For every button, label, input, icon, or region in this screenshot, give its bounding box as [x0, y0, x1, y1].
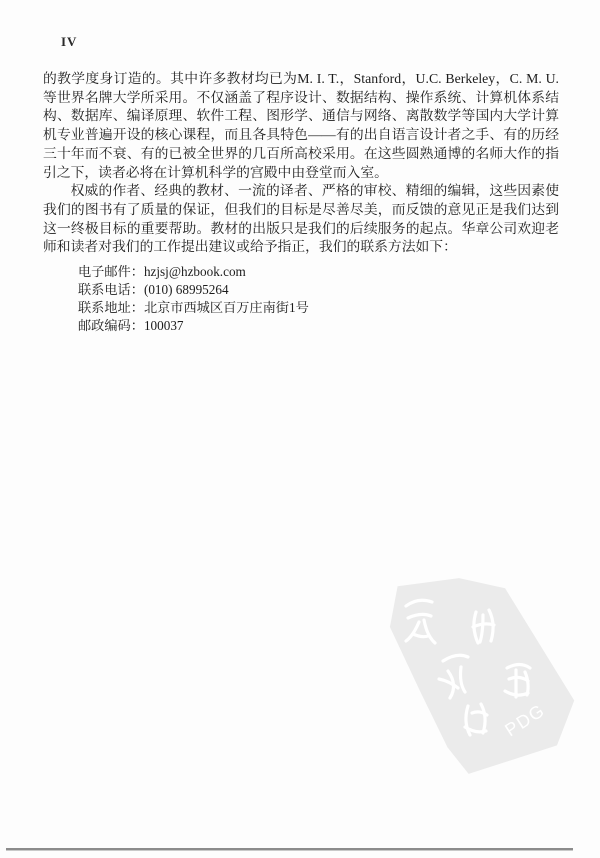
contact-phone-row: 联系电话：(010) 68995264 — [78, 281, 309, 299]
contact-address-label: 联系地址： — [78, 300, 144, 315]
contact-email-value: hzjsj@hzbook.com — [144, 264, 246, 279]
contact-email-row: 电子邮件：hzjsj@hzbook.com — [78, 263, 309, 281]
pdg-watermark-stamp: PDG — [388, 574, 580, 778]
paragraph-continuation: 的教学度身订造的。其中许多教材均已为M. I. T.，Stanford，U.C.… — [43, 70, 559, 182]
contact-postcode-value: 100037 — [144, 318, 184, 333]
contact-email-label: 电子邮件： — [78, 264, 144, 279]
paragraph-publisher-note: 权威的作者、经典的教材、一流的译者、严格的审校、精细的编辑，这些因素使我们的图书… — [43, 182, 559, 257]
contact-phone-value: (010) 68995264 — [144, 282, 229, 297]
contact-address-value: 北京市西城区百万庄南街1号 — [144, 300, 309, 315]
contact-postcode-label: 邮政编码： — [78, 318, 144, 333]
pdg-watermark-label: PDG — [501, 700, 548, 740]
page-bottom-rule — [6, 848, 573, 851]
body-text-block: 的教学度身订造的。其中许多教材均已为M. I. T.，Stanford，U.C.… — [43, 70, 559, 257]
contact-phone-label: 联系电话： — [78, 282, 144, 297]
scanned-book-page: IV 的教学度身订造的。其中许多教材均已为M. I. T.，Stanford，U… — [0, 0, 600, 858]
contact-address-row: 联系地址：北京市西城区百万庄南街1号 — [78, 299, 309, 317]
contact-info-block: 电子邮件：hzjsj@hzbook.com 联系电话：(010) 6899526… — [78, 263, 309, 335]
page-number: IV — [61, 34, 77, 50]
seal-script-glyphs-icon: PDG — [388, 574, 580, 778]
contact-postcode-row: 邮政编码：100037 — [78, 317, 309, 335]
